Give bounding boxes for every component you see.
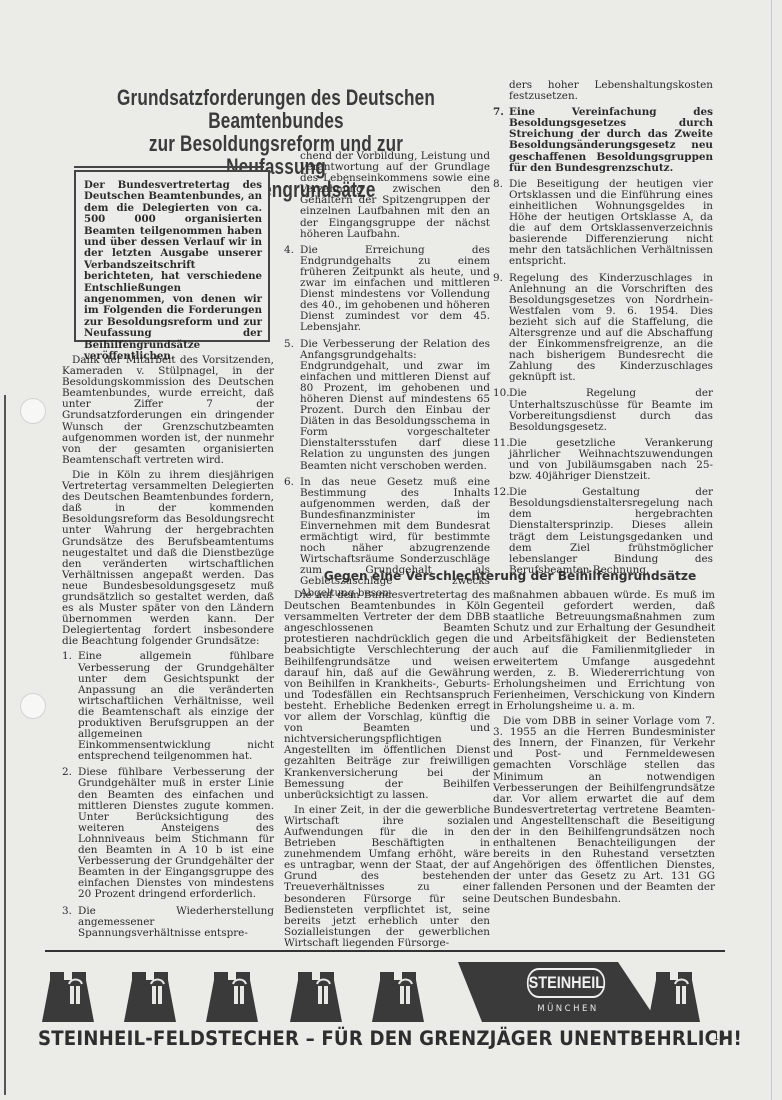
item-number: 12.	[493, 487, 510, 498]
list-item: 9.Regelung des Kinderzuschlages in Anleh…	[493, 273, 713, 384]
binoculars-icon	[288, 966, 366, 1022]
binoculars-icon	[646, 966, 724, 1022]
steinheil-advertisement: STEINHEIL MÜNCHEN STEINHEIL-FELDSTECHER …	[38, 960, 728, 1045]
item-number: 5.	[284, 339, 294, 350]
item-continuation: ders hoher Lebenshaltungskosten festzuse…	[493, 80, 713, 102]
column-3: ders hoher Lebenshaltungskosten festzuse…	[493, 80, 713, 581]
item-text: Die Erreichung des Endgrundgehalts zu ei…	[300, 244, 490, 334]
list-item: 1.Eine allgemein fühlbare Verbesserung d…	[62, 651, 274, 762]
brand-city: MÜNCHEN	[528, 1004, 608, 1014]
demands-list: 7.Eine Vereinfachung des Besoldungsgeset…	[493, 107, 713, 576]
section2-column-left: Die auf dem Bundesvertretertag des Deuts…	[284, 590, 490, 953]
demands-list: 1.Eine allgemein fühlbare Verbesserung d…	[62, 651, 274, 938]
item-text: Regelung des Kinderzuschlages in Anlehnu…	[509, 272, 713, 384]
item-number: 8.	[493, 179, 503, 190]
column-1: Dank der Mitarbeit des Vorsitzenden, Kam…	[62, 355, 274, 944]
item-number: 3.	[62, 906, 72, 917]
list-item: 11.Die gesetzliche Verankerung jährliche…	[493, 438, 713, 482]
item-text: Die gesetzliche Verankerung jährlicher W…	[509, 437, 713, 482]
item-text: Die Gestaltung der Besoldungsdienstalter…	[509, 486, 713, 576]
page-edge-shadow	[4, 395, 6, 1095]
item-text: Eine allgemein fühlbare Verbesserung der…	[78, 650, 274, 762]
list-item-highlighted: 7.Eine Vereinfachung des Besoldungsgeset…	[493, 107, 713, 174]
brand-logo: STEINHEIL	[527, 968, 605, 998]
binoculars-icon	[370, 966, 448, 1022]
item-number: 2.	[62, 767, 72, 778]
intro-box: Der Bundesvertretertag des Deutschen Bea…	[74, 170, 270, 342]
paragraph: maßnahmen abbauen würde. Es muß im Gegen…	[493, 590, 715, 712]
item-number: 6.	[284, 477, 294, 488]
punch-hole-icon	[20, 693, 46, 719]
section-heading: Gegen eine Verschlechterung der Beihilfe…	[320, 569, 700, 583]
paragraph: Die vom DBB in seiner Vorlage vom 7. 3. …	[493, 716, 715, 905]
list-item: 2.Diese fühlbare Verbesserung der Grundg…	[62, 767, 274, 900]
item-continuation: chend der Vorbildung, Leistung und Veran…	[284, 151, 490, 240]
page-right-edge	[771, 0, 772, 1100]
list-item: 8.Die Beseitigung der heutigen vier Orts…	[493, 179, 713, 268]
item-text: Eine Vereinfachung des Besoldungsgesetze…	[509, 106, 713, 173]
divider-rule	[45, 950, 725, 952]
item-number: 4.	[284, 245, 294, 256]
item-text: Die Regelung der Unterhaltszuschüsse für…	[509, 387, 713, 432]
item-number: 10.	[493, 388, 510, 399]
item-text: Die Wiederherstellung angemessener Spann…	[78, 905, 274, 939]
list-item: 4.Die Erreichung des Endgrundgehalts zu …	[284, 245, 490, 334]
page-number: 11	[713, 1030, 727, 1043]
item-text: Die Beseitigung der heutigen vier Ortskl…	[509, 178, 713, 268]
item-number: 11.	[493, 438, 510, 449]
paragraph: Dank der Mitarbeit des Vorsitzenden, Kam…	[62, 355, 274, 466]
paragraph: In einer Zeit, in der die gewerbliche Wi…	[284, 805, 490, 949]
paragraph: Die auf dem Bundesvertretertag des Deuts…	[284, 590, 490, 801]
item-number: 9.	[493, 273, 503, 284]
item-number: 1.	[62, 651, 72, 662]
binoculars-icon	[122, 966, 200, 1022]
title-line: Grundsatzforderungen des Deutschen Beamt…	[104, 86, 447, 132]
section2-column-right: maßnahmen abbauen würde. Es muß im Gegen…	[493, 590, 715, 909]
item-text: Die Verbesserung der Relation des Anfang…	[300, 338, 490, 472]
list-item: 10.Die Regelung der Unterhaltszuschüsse …	[493, 388, 713, 432]
column-2: chend der Vorbildung, Leistung und Veran…	[284, 151, 490, 604]
punch-hole-icon	[20, 398, 46, 424]
demands-list: 4.Die Erreichung des Endgrundgehalts zu …	[284, 245, 490, 599]
list-item: 5.Die Verbesserung der Relation des Anfa…	[284, 339, 490, 472]
binoculars-icon	[40, 966, 118, 1022]
ad-slogan: STEINHEIL-FELDSTECHER – FÜR DEN GRENZJÄG…	[38, 1027, 689, 1050]
magazine-page: Grundsatzforderungen des Deutschen Beamt…	[0, 0, 782, 1100]
binoculars-icon	[204, 966, 282, 1022]
item-number: 7.	[493, 107, 504, 118]
paragraph: Die in Köln zu ihrem diesjährigen Vertre…	[62, 470, 274, 648]
list-item: 3.Die Wiederherstellung angemessener Spa…	[62, 906, 274, 939]
item-text: Diese fühlbare Verbesserung der Grundgeh…	[78, 766, 274, 900]
list-item: 12.Die Gestaltung der Besoldungsdienstal…	[493, 487, 713, 576]
